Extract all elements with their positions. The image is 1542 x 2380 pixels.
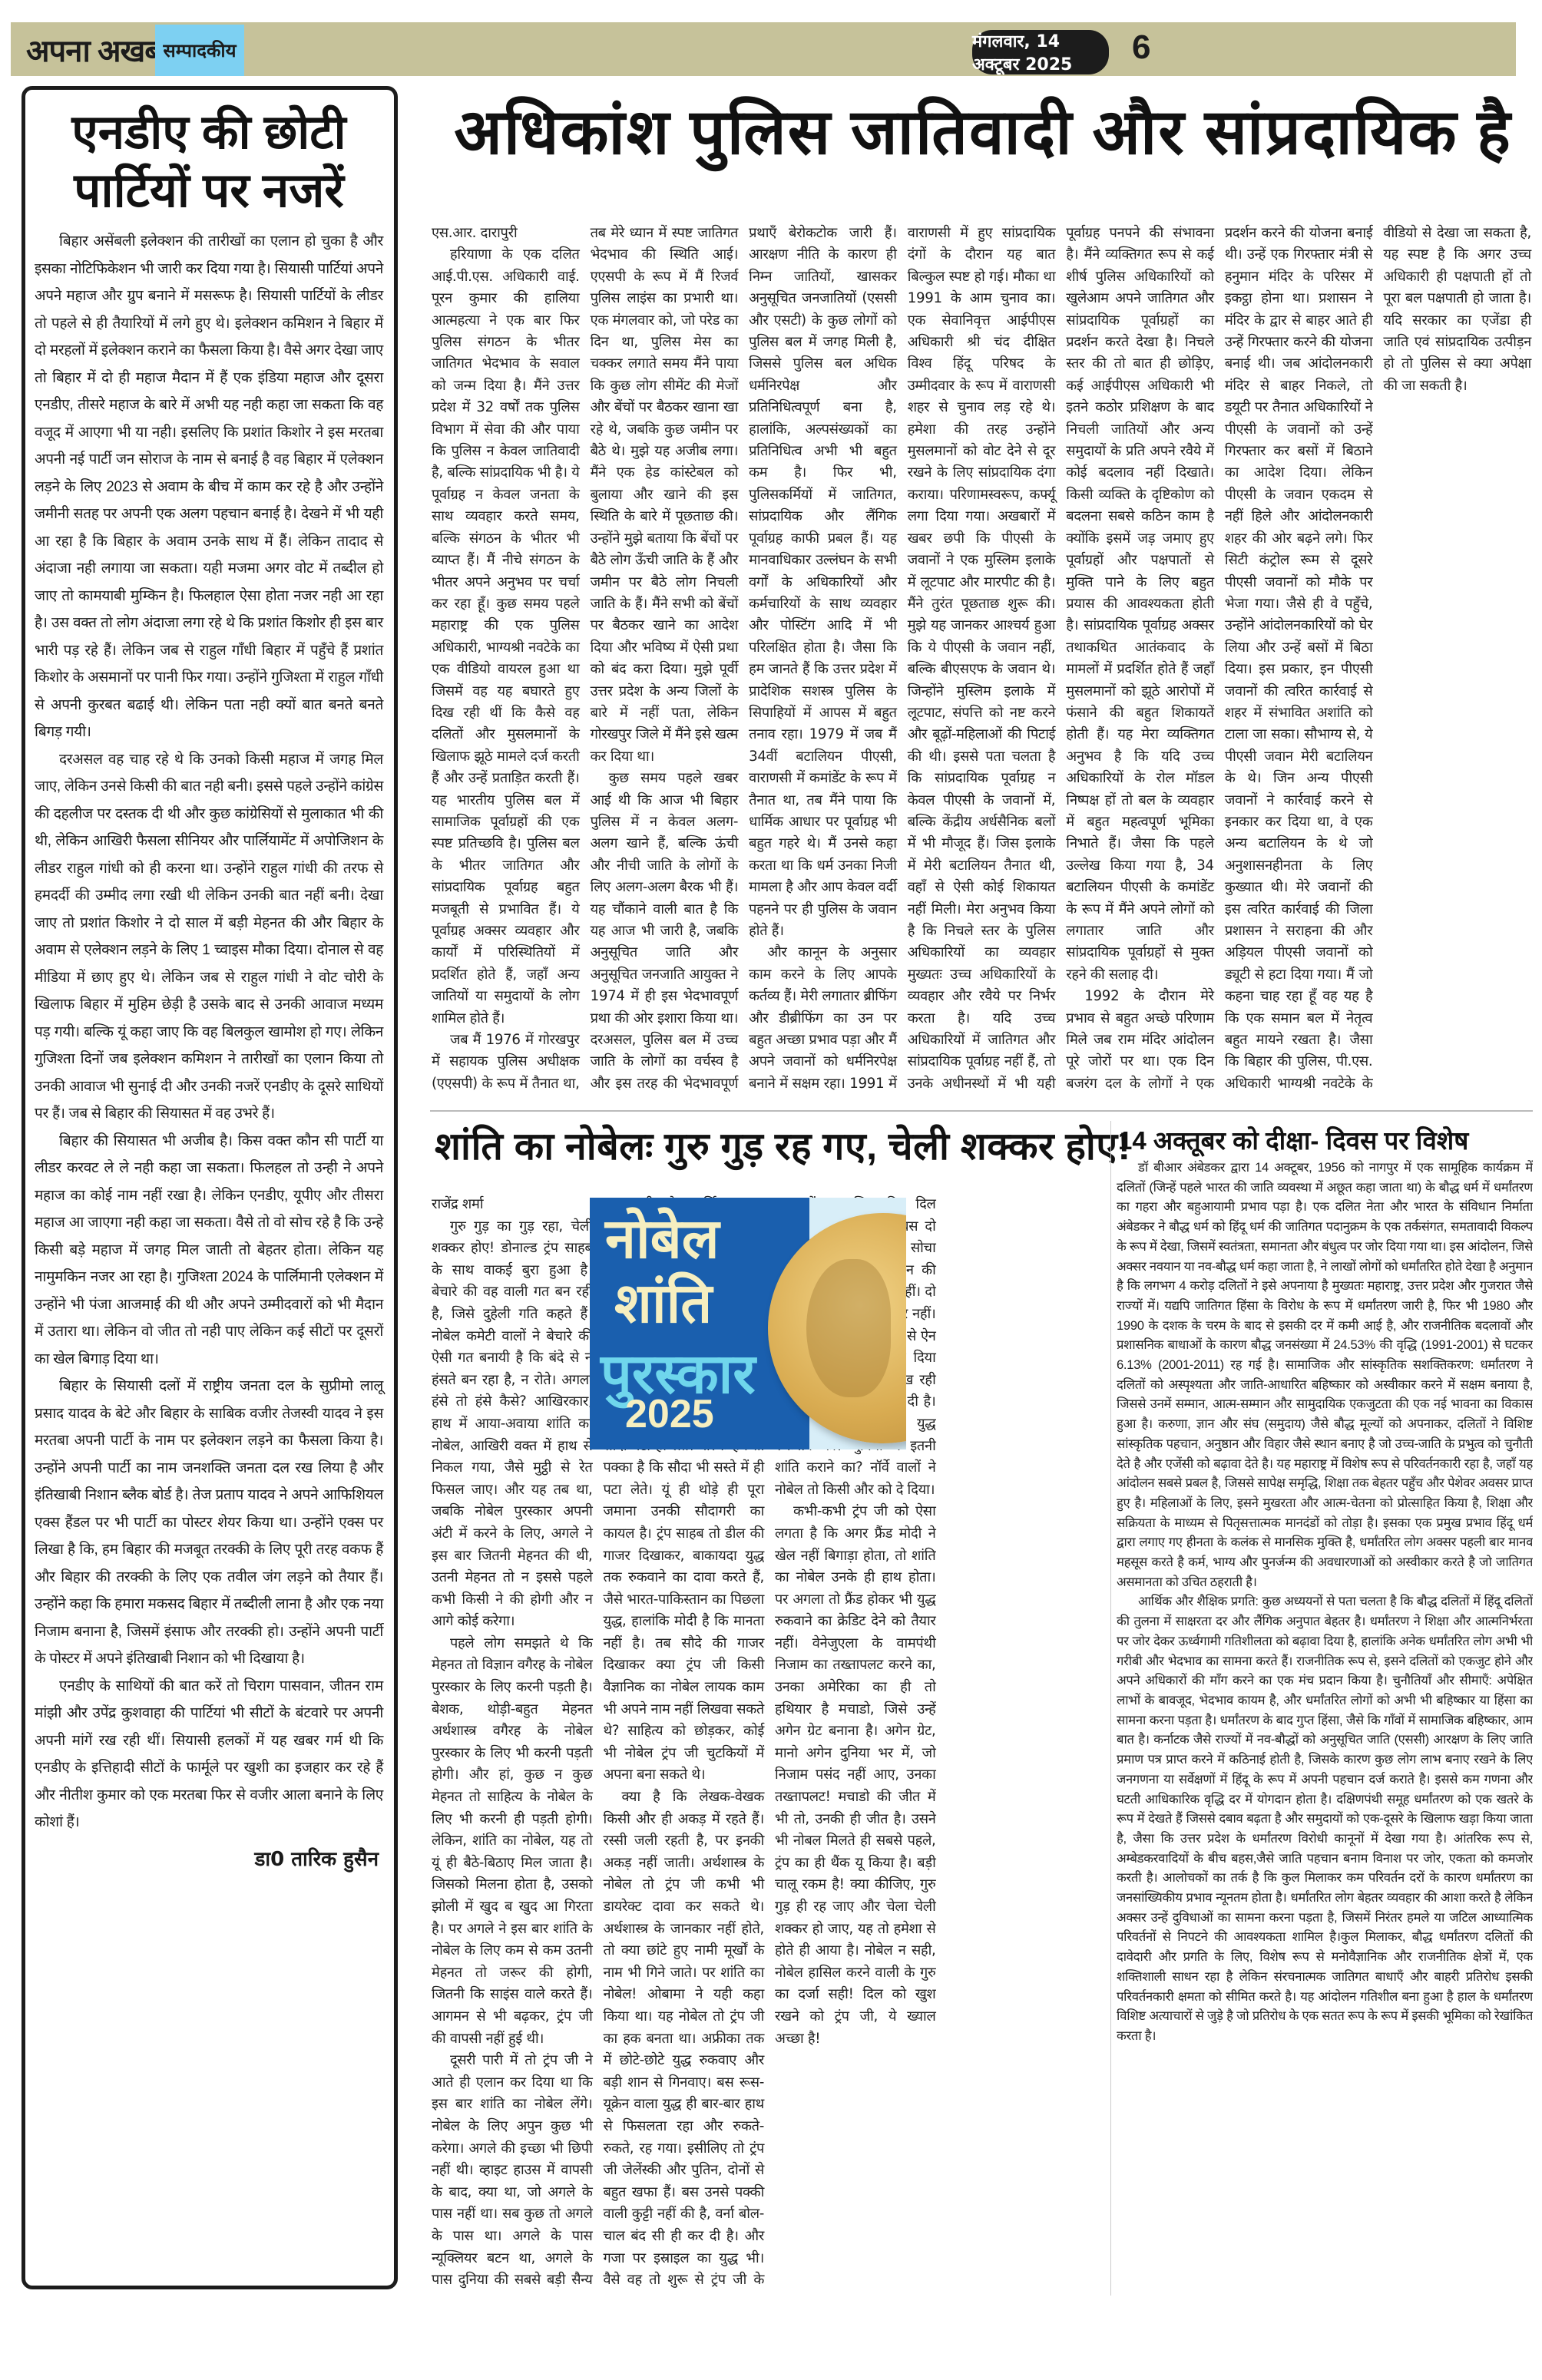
image-label-year: 2025 [625,1391,714,1437]
main-article-body: एस.आर. दारापुरी हरियाणा के एक दलित आई.पी… [432,223,1531,1098]
nobel-medal-icon [768,1213,906,1443]
main-headline: अधिकांश पुलिस जातिवादी और सांप्रदायिक है [434,91,1532,175]
left-column-paragraph: बिहार असेंबली इलेक्शन की तारीखों का एलान… [35,228,383,746]
nobel-prize-image: नोबेल शांति पुरस्कार 2025 [590,1198,906,1449]
left-column-paragraph: बिहार के सियासी दलों में राष्ट्रीय जनता … [35,1373,383,1673]
nobel-headline: शांति का नोबेलः गुरु गुड़ रह गए, चेली शक… [435,1119,1110,1173]
side-article-paragraph: डॉ बीआर अंबेडकर द्वारा 14 अक्टूबर, 1956 … [1117,1158,1533,1592]
left-column-article: एनडीए की छोटी पार्टियों पर नजरें बिहार अ… [22,86,398,2289]
medal-profile-relief [806,1259,891,1397]
nobel-article-paragraph: कभी-कभी ट्रंप जी को ऐसा लगता है कि अगर फ… [775,1501,936,2050]
main-article-author: एस.आर. दारापुरी [432,223,580,244]
page-number: 6 [1132,28,1150,67]
main-article-paragraph: हरियाणा के एक दलित आई.पी.एस. अधिकारी वाई… [432,244,580,1030]
left-column-paragraph: बिहार की सियासत भी अजीब है। किस वक्त कौन… [35,1128,383,1373]
nobel-article-author: राजेंद्र शर्मा [432,1194,593,1216]
left-column-byline: डा0 तारिक हुसैन [35,1844,383,1872]
masthead: अपना अखबार सम्पादकीय मंगलवार, 14 अक्टूबर… [11,22,1516,76]
left-column-paragraph: दरअसल वह चाह रहे थे कि उनको किसी महाज मे… [35,746,383,1128]
left-column-paragraph: एनडीए के साथियों की बात करें तो चिराग पा… [35,1673,383,1836]
section-divider [430,1110,1533,1112]
nobel-article-paragraph: गुरु गुड़ का गुड़ रहा, चेली शक्कर होए! ड… [432,1216,593,1633]
column-divider [1110,1121,1111,2296]
side-article-body: डॉ बीआर अंबेडकर द्वारा 14 अक्टूबर, 1956 … [1117,1158,1533,2340]
nobel-article-paragraph: पहले लोग समझते थे कि मेहनत तो विज्ञान वग… [432,1633,593,2050]
side-article-paragraph: आर्थिक और शैक्षिक प्रगति: कुछ अध्ययनों स… [1117,1592,1533,2045]
image-label-shanti: शांति [614,1264,712,1339]
date-pill: मंगलवार, 14 अक्टूबर 2025 [972,30,1109,74]
section-tab: सम्पादकीय [155,25,244,76]
left-column-headline: एनडीए की छोटी पार्टियों पर नजरें [35,104,383,220]
nobel-article-paragraph: कुछ ले-देकर, ट्रंप साहब सौदा पटा ही लेते… [604,1413,765,1787]
side-article-headline: 14 अक्तूबर को दीक्षा- दिवस पर विशेष [1118,1122,1533,1157]
